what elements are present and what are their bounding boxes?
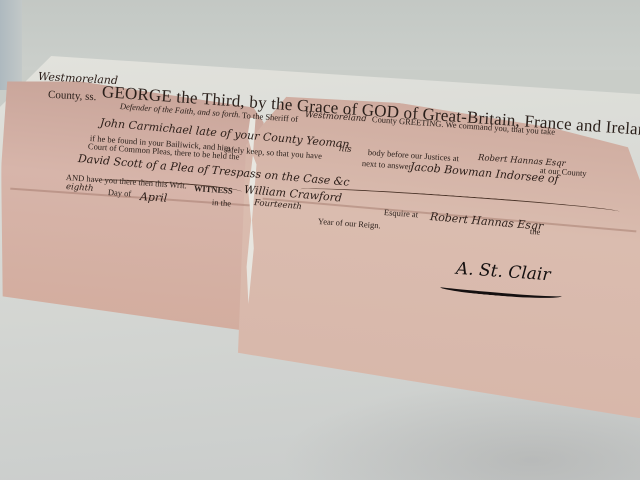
county-label: County, ss. (48, 89, 97, 104)
day-handwritten: eighth (66, 182, 94, 194)
month-handwritten: April (140, 190, 168, 205)
the-label: the (530, 226, 541, 237)
line-his-handwritten: his (339, 144, 352, 155)
background-wall-edge (0, 0, 22, 90)
day-of: Day of (108, 187, 132, 199)
in-the: in the (212, 197, 232, 208)
